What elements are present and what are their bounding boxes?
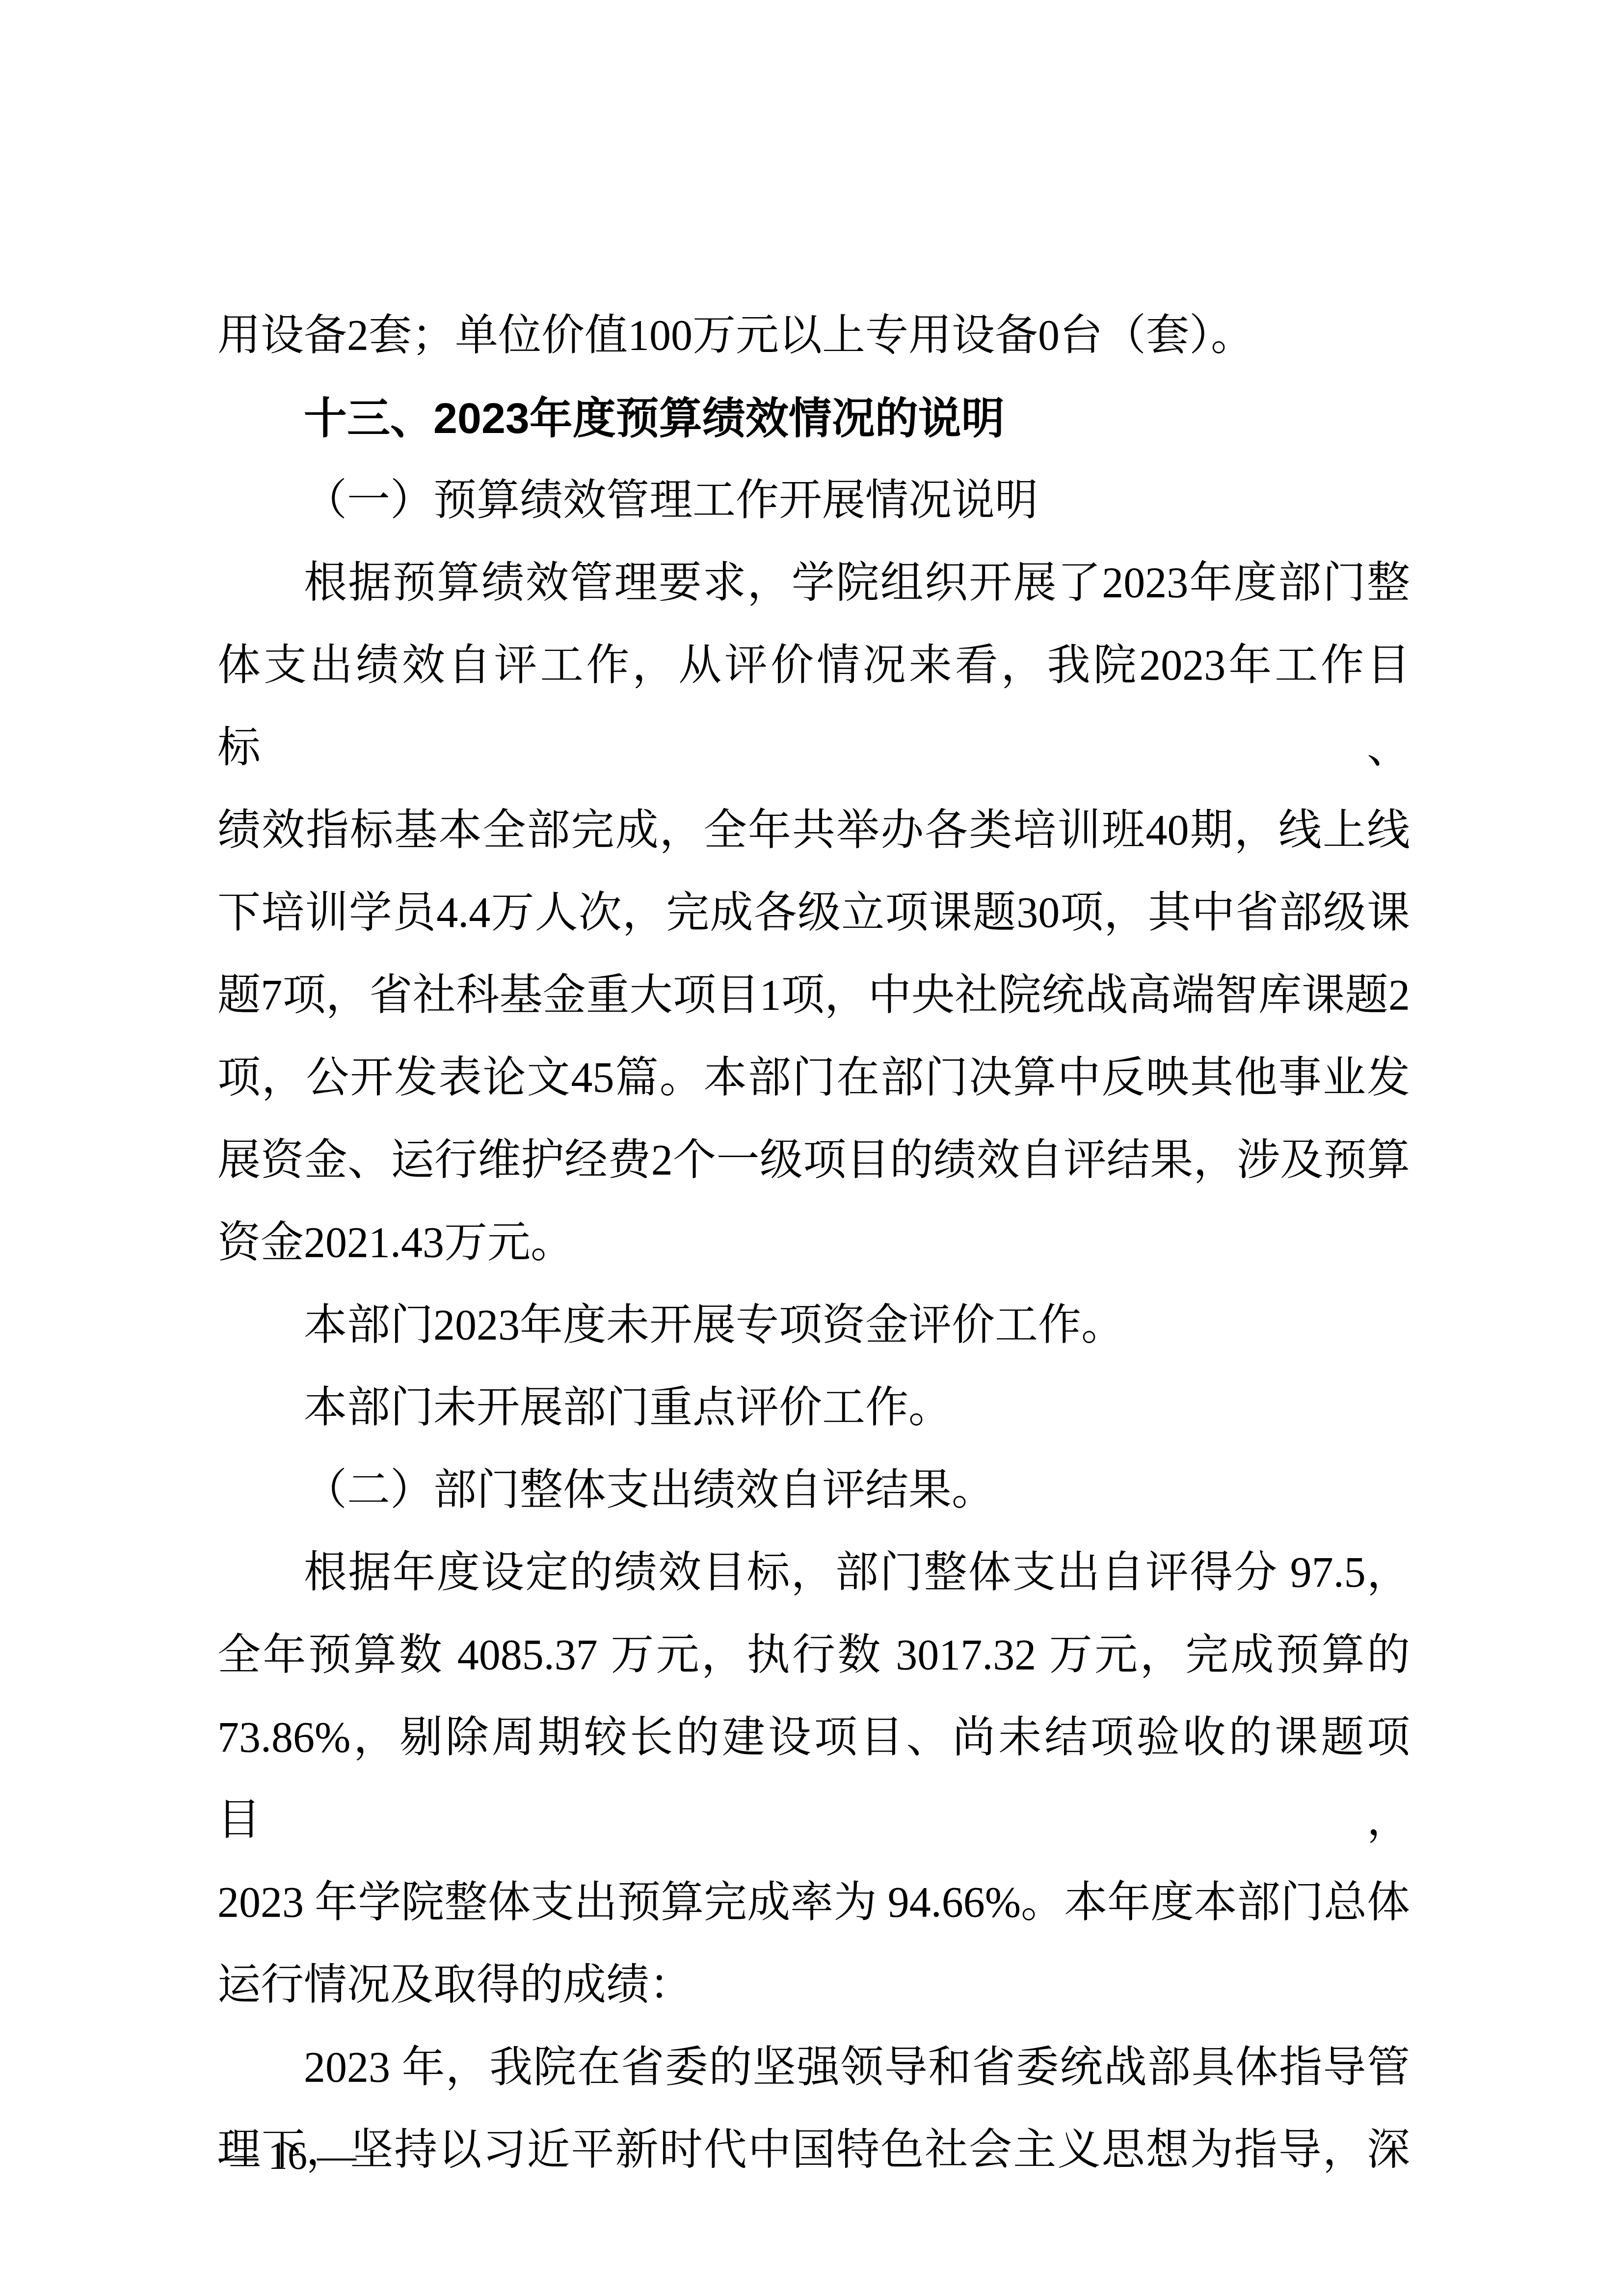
text-line: 本部门2023年度未开展专项资金评价工作。 [217,1284,1410,1367]
text-line: 运行情况及取得的成绩： [217,1944,1410,2026]
text-line: 全年预算数 4085.37 万元，执行数 3017.32 万元，完成预算的 [217,1614,1410,1697]
text-line: 题7项，省社科基金重大项目1项，中央社院统战高端智库课题2 [217,954,1410,1037]
text-line: 2023 年，我院在省委的坚强领导和省委统战部具体指导管 [217,2026,1410,2109]
text-line: 资金2021.43万元。 [217,1202,1410,1284]
text-line: 体支出绩效自评工作，从评价情况来看，我院2023年工作目标、 [217,624,1410,789]
text-line: 理下，坚持以习近平新时代中国特色社会主义思想为指导，深 [217,2109,1410,2191]
page-number: — 16 — [219,2132,356,2181]
subsection-heading: （一）预算绩效管理工作开展情况说明 [217,459,1410,542]
section-heading: 十三、2023年度预算绩效情况的说明 [217,377,1410,459]
text-line: 73.86%，剔除周期较长的建设项目、尚未结项验收的课题项目， [217,1697,1410,1862]
subsection-heading: （二）部门整体支出绩效自评结果。 [217,1449,1410,1532]
text-line: 绩效指标基本全部完成，全年共举办各类培训班40期，线上线 [217,789,1410,872]
text-line: 项，公开发表论文45篇。本部门在部门决算中反映其他事业发 [217,1037,1410,1119]
text-line: 展资金、运行维护经费2个一级项目的绩效自评结果，涉及预算 [217,1119,1410,1202]
text-line: 根据年度设定的绩效目标，部门整体支出自评得分 97.5， [217,1532,1410,1614]
text-line: 用设备2套；单位价值100万元以上专用设备0台（套）。 [217,295,1410,377]
text-line: 本部门未开展部门重点评价工作。 [217,1367,1410,1449]
document-page: 用设备2套；单位价值100万元以上专用设备0台（套）。 十三、2023年度预算绩… [0,0,1623,2296]
text-line: 下培训学员4.4万人次，完成各级立项课题30项，其中省部级课 [217,872,1410,954]
page-body-text: 用设备2套；单位价值100万元以上专用设备0台（套）。 十三、2023年度预算绩… [217,295,1410,2191]
page-number-label: — 16 — [219,2134,356,2178]
text-line: 根据预算绩效管理要求，学院组织开展了2023年度部门整 [217,542,1410,624]
text-line: 2023 年学院整体支出预算完成率为 94.66%。本年度本部门总体 [217,1862,1410,1944]
